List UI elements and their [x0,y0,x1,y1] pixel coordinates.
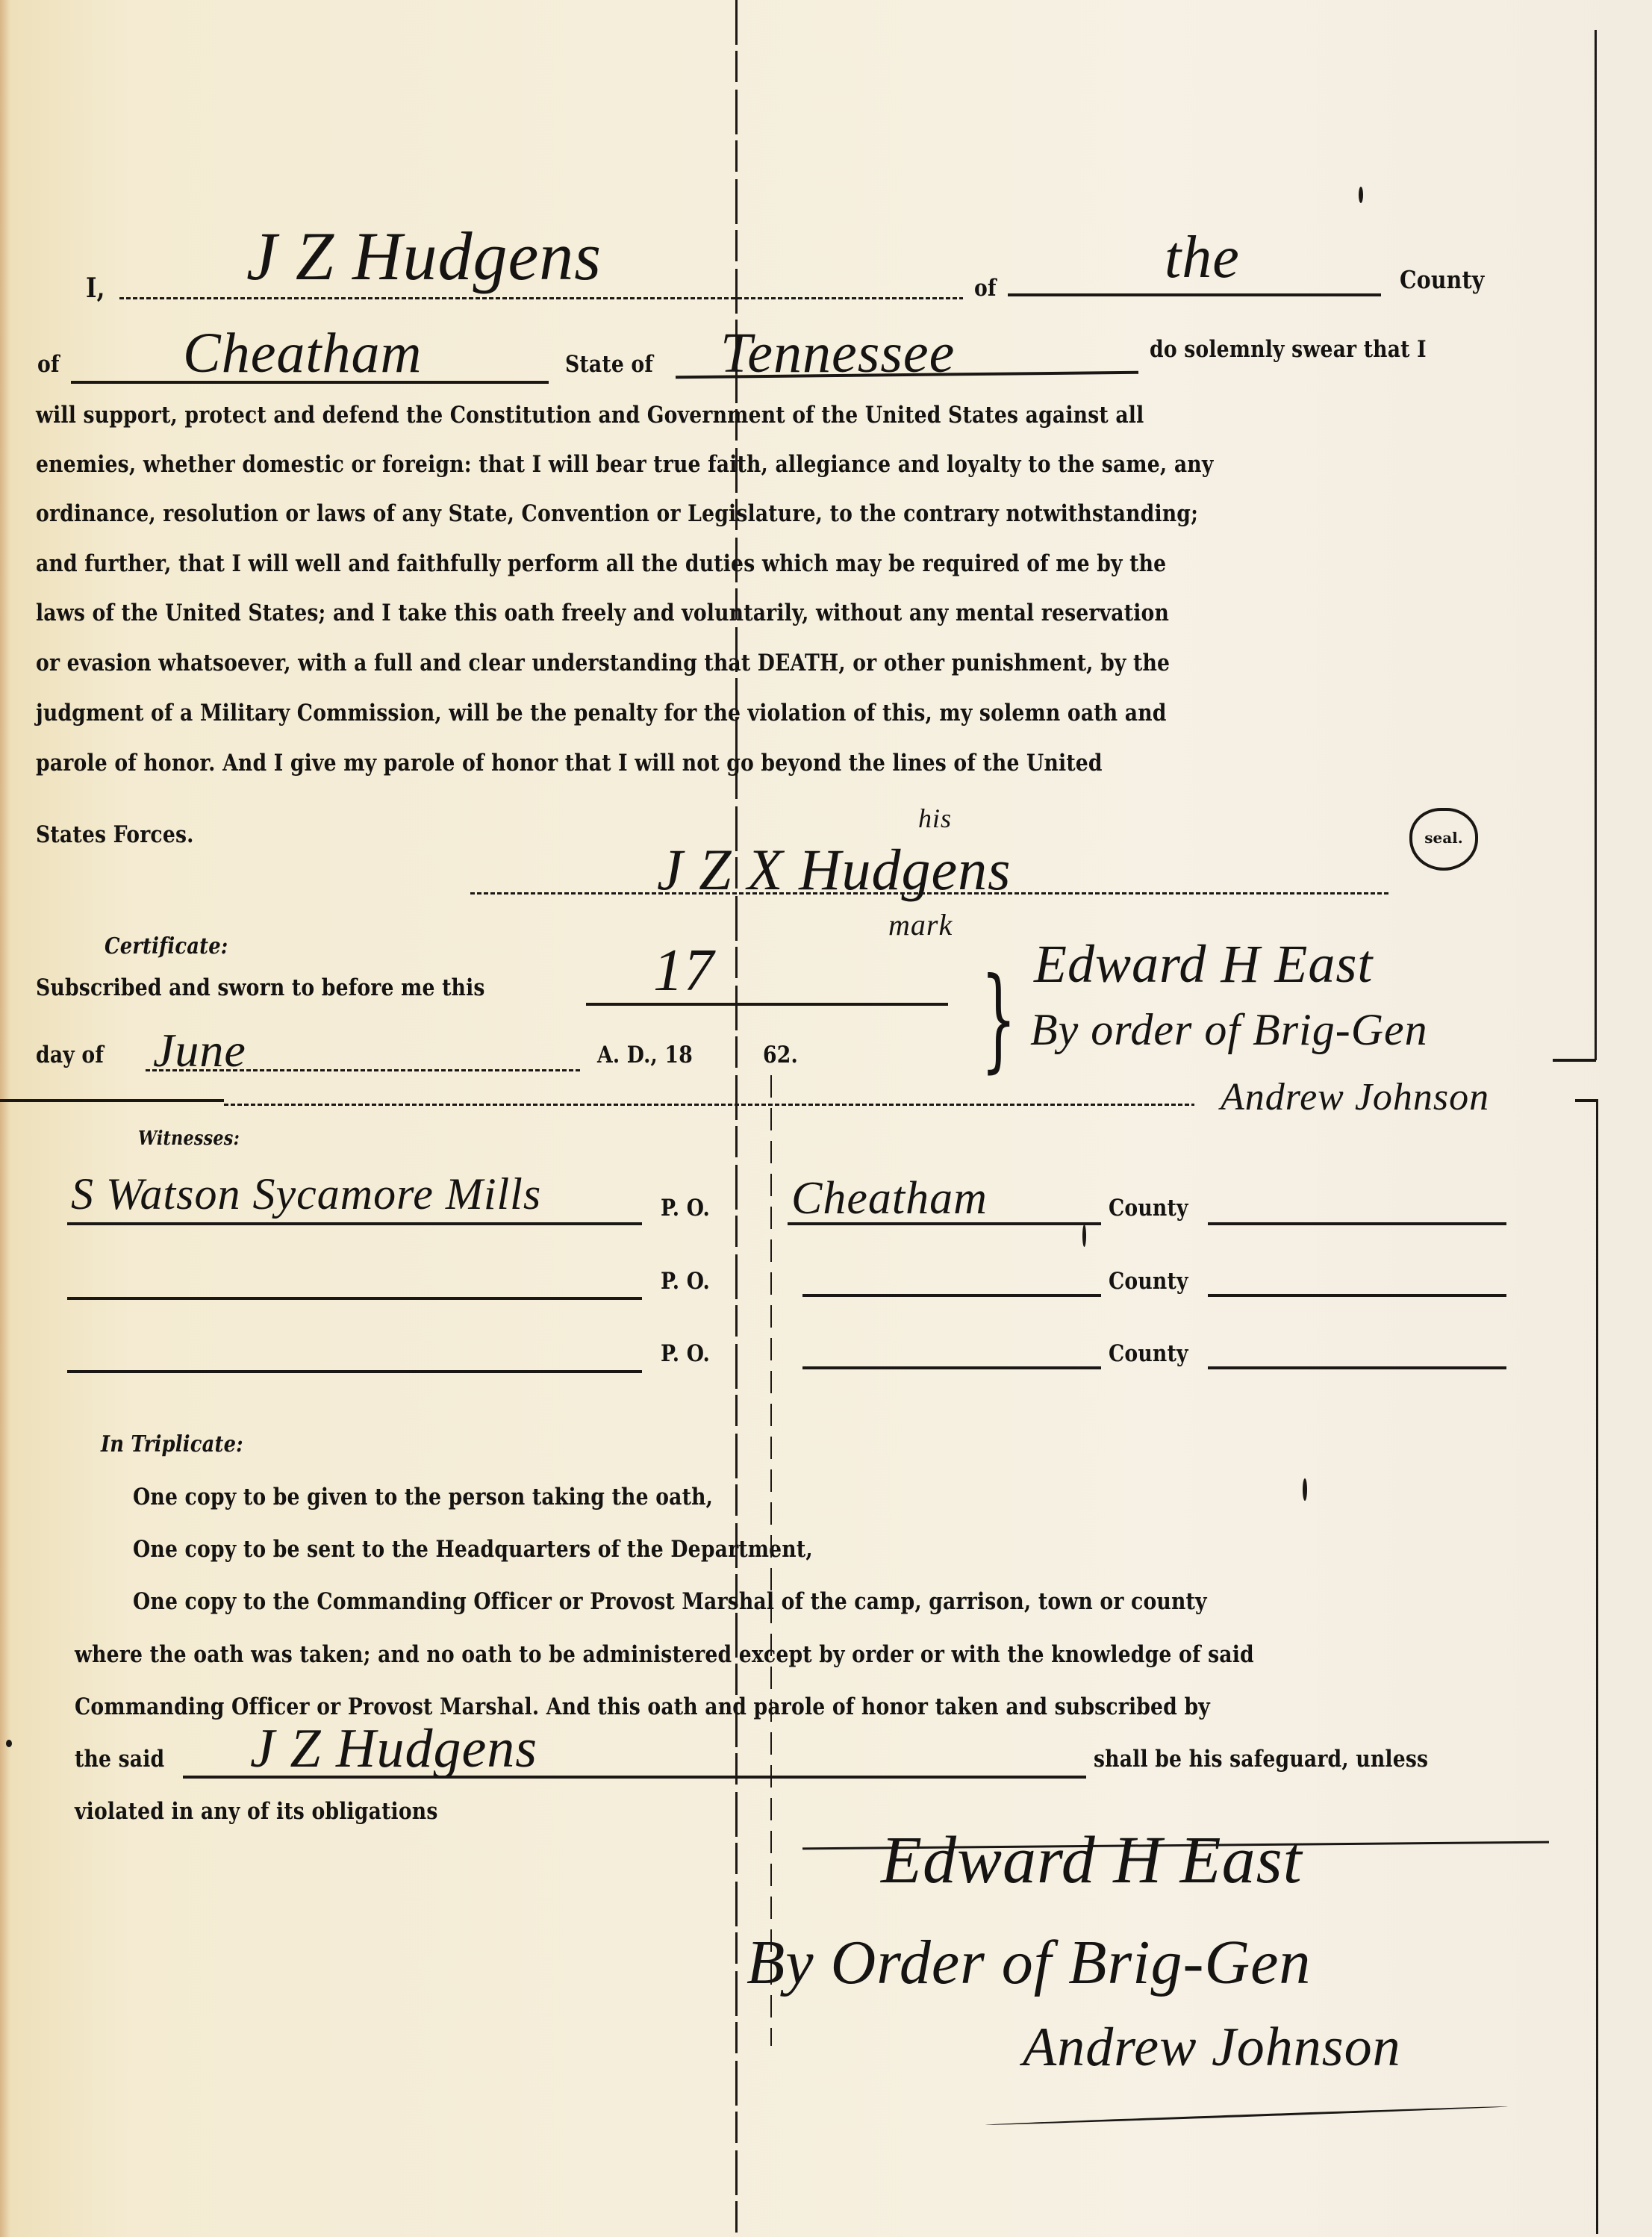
border-line-mid [224,1104,1194,1106]
county-label: County [1109,1268,1188,1295]
oath-intro-label: I, [86,273,105,304]
ink-speck [1082,1225,1086,1247]
oath-line-1-tail: do solemnly swear that I [1150,336,1427,363]
the-said-field[interactable]: J Z Hudgens [250,1717,537,1781]
final-signature-underline [985,2106,1508,2126]
triplicate-line: One copy to the Commanding Officer or Pr… [133,1588,1207,1615]
po-field-line[interactable] [802,1294,1101,1297]
paper-edge-stain [0,0,10,2237]
his-annotation: his [918,803,952,834]
oath-body-line: parole of honor. And I give my parole of… [36,750,1103,777]
oath-body-line: laws of the United States; and I take th… [36,600,1169,626]
triplicate-paragraph-line: where the oath was taken; and no oath to… [75,1641,1254,1668]
oath-body-line: will support, protect and defend the Con… [36,402,1144,429]
po-field[interactable]: Cheatham [791,1172,988,1225]
county-label: County [1109,1195,1188,1222]
border-corner-upper [1553,1059,1596,1062]
obligations-line: violated in any of its obligations [75,1798,438,1825]
day-field-line [586,1003,948,1006]
seal-icon: seal. [1409,808,1478,871]
day-field[interactable]: 17 [653,937,714,1005]
oath-body-line: and further, that I will well and faithf… [36,550,1166,577]
witness-name-line[interactable] [67,1297,642,1300]
po-label: P. O. [661,1195,710,1222]
ink-speck [6,1740,12,1747]
seal-label: seal. [1412,829,1475,847]
oath-body-line: enemies, whether domestic or foreign: th… [36,451,1214,478]
po-label: P. O. [661,1268,710,1295]
triplicate-line: One copy to be given to the person takin… [133,1484,713,1510]
oath-name-field[interactable]: J Z Hudgens [246,217,602,296]
po-field-line[interactable] [802,1366,1101,1369]
brace-icon: } [981,963,1017,1075]
oath-body-line: ordinance, resolution or laws of any Sta… [36,500,1198,527]
ink-speck [1303,1478,1307,1501]
day-of-label: day of [36,1042,104,1068]
triplicate-heading: In Triplicate: [101,1431,243,1457]
final-signature-authority: By Order of Brig-Gen [746,1926,1311,1999]
border-line-right-lower [1596,1099,1598,2234]
the-said-label: the said [75,1746,164,1773]
of-field-value[interactable]: the [1165,224,1240,292]
certificate-sworn-label: Subscribed and sworn to before me this [36,974,485,1001]
year-suffix: 62. [763,1042,798,1068]
officer-signature-name: Edward H East [1034,933,1373,995]
safeguard-tail: shall be his safeguard, unless [1094,1746,1428,1773]
county-label: County [1109,1340,1188,1367]
witness-name-field[interactable]: S Watson Sycamore Mills [71,1169,541,1220]
ad-label: A. D., 18 [597,1042,693,1068]
final-signature-name: Edward H East [881,1822,1303,1899]
border-corner-lower [1575,1099,1598,1102]
county-label: County [1400,265,1484,294]
mark-annotation: mark [888,907,953,942]
month-field[interactable]: June [153,1023,246,1078]
county-field[interactable]: Cheatham [183,321,422,386]
county-field-line[interactable] [1208,1222,1506,1225]
oath-body-line: or evasion whatsoever, with a full and c… [36,650,1170,676]
oath-body-line: judgment of a Military Commission, will … [36,700,1167,727]
state-of-label: State of [565,351,653,378]
border-line-right-upper [1595,30,1597,1060]
officer-signature-general: Andrew Johnson [1221,1075,1489,1119]
of-label: of [974,275,997,302]
border-line-left-mid [0,1099,224,1102]
of-county-label: of [37,351,60,378]
triplicate-paragraph-line: Commanding Officer or Provost Marshal. A… [75,1693,1210,1720]
name-field-line [119,297,963,299]
witnesses-heading: Witnesses: [138,1127,240,1150]
state-field[interactable]: Tennessee [720,321,955,386]
final-signature-general: Andrew Johnson [1023,2016,1401,2079]
witness-name-line [67,1222,642,1225]
oath-body-line: States Forces. [36,821,194,848]
certificate-heading: Certificate: [105,933,228,959]
signature-by-mark[interactable]: J Z X Hudgens [657,836,1011,903]
po-label: P. O. [661,1340,710,1367]
of-field-line [1008,293,1381,296]
county-field-line[interactable] [1208,1366,1506,1369]
officer-signature-authority: By order of Brig-Gen [1030,1004,1428,1056]
triplicate-line: One copy to be sent to the Headquarters … [133,1536,813,1563]
county-field-line[interactable] [1208,1294,1506,1297]
witness-name-line[interactable] [67,1370,642,1373]
ink-speck [1359,187,1363,203]
